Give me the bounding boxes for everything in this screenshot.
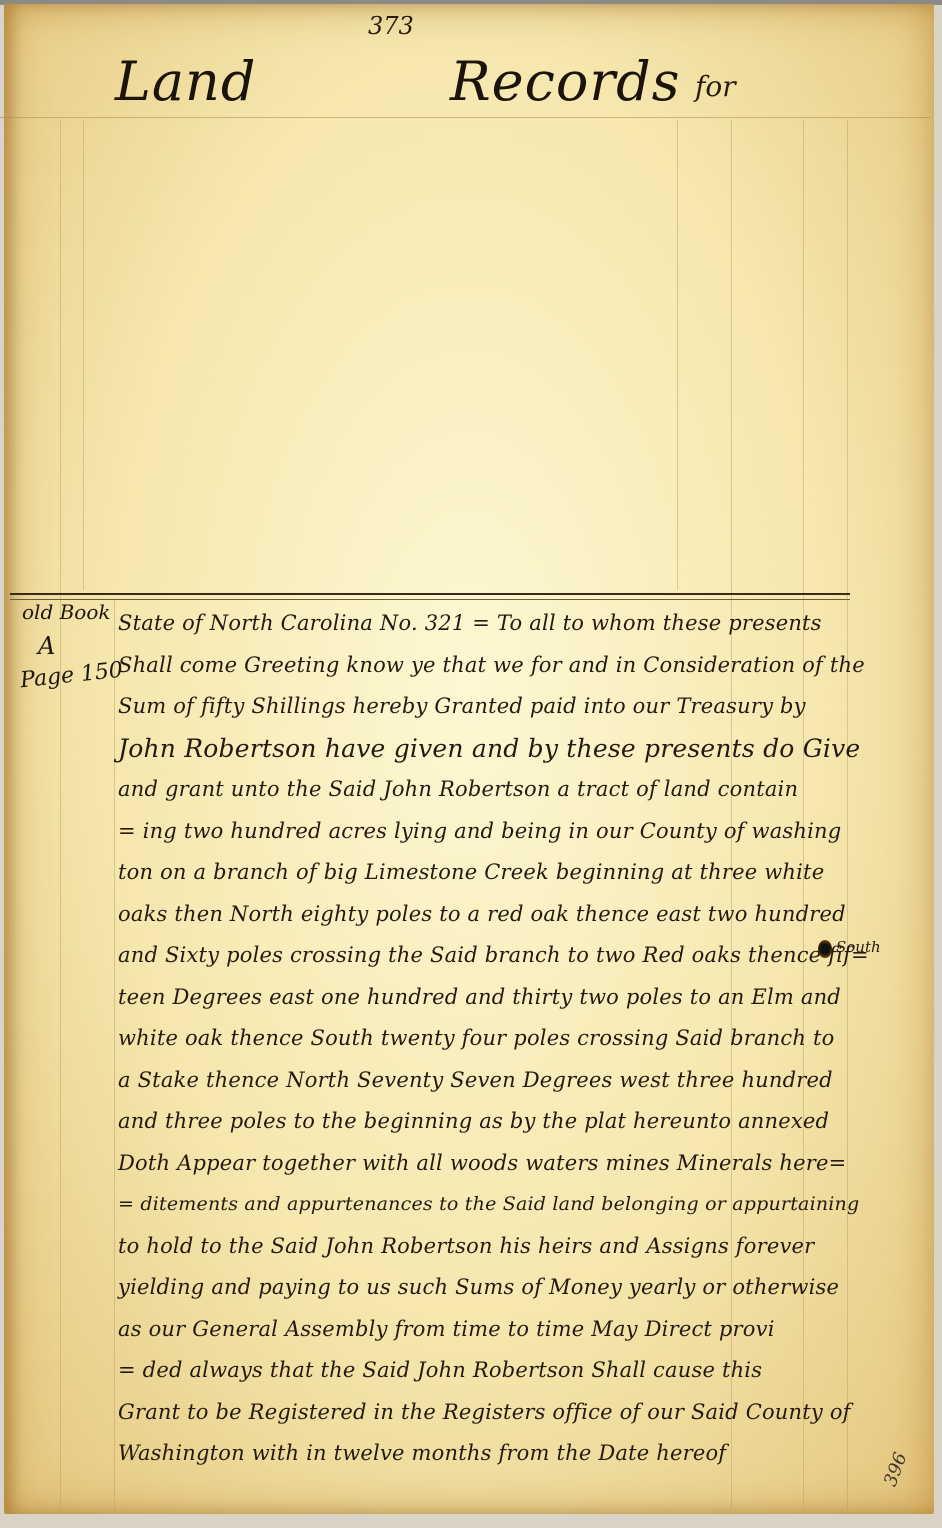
deed-line: Sum of fifty Shillings hereby Granted pa… [118,686,918,728]
deed-line: white oak thence South twenty four poles… [118,1018,918,1060]
deed-line: John Robertson have given and by these p… [118,728,918,770]
margin-book-label: old Book [22,600,111,624]
deed-line: and Sixty poles crossing the Said branch… [118,935,918,977]
page-number-top: 373 [368,12,414,40]
title-for: for [695,70,736,103]
interlinear-insertion: South [836,938,881,956]
title-land: Land [115,50,256,113]
deed-line: oaks then North eighty poles to a red oa… [118,894,918,936]
deed-line: and grant unto the Said John Robertson a… [118,769,918,811]
ledger-rule [83,120,84,590]
title-records: Records [450,50,680,113]
ledger-rule [677,120,678,590]
deed-line: Washington with in twelve months from th… [118,1433,918,1475]
margin-volume-label: A [38,632,55,660]
section-divider-secondary [10,599,850,600]
deed-line: to hold to the Said John Robertson his h… [118,1226,918,1268]
deed-line: a Stake thence North Seventy Seven Degre… [118,1060,918,1102]
deed-line: Grant to be Registered in the Registers … [118,1392,918,1434]
ledger-rule [114,600,115,1510]
ledger-rule [60,120,61,1510]
deed-line: teen Degrees east one hundred and thirty… [118,977,918,1019]
deed-text: State of North Carolina No. 321 = To all… [118,603,918,1475]
deed-line: as our General Assembly from time to tim… [118,1309,918,1351]
deed-line: Doth Appear together with all woods wate… [118,1143,918,1185]
deed-line: Shall come Greeting know ye that we for … [118,645,918,687]
deed-line: = ded always that the Said John Robertso… [118,1350,918,1392]
deed-line: yielding and paying to us such Sums of M… [118,1267,918,1309]
deed-line: and three poles to the beginning as by t… [118,1101,918,1143]
deed-line: = ing two hundred acres lying and being … [118,811,918,853]
deed-line: = ditements and appurtenances to the Sai… [118,1184,918,1226]
section-divider [10,593,850,595]
deed-line: ton on a branch of big Limestone Creek b… [118,852,918,894]
ink-blot-burn-mark [818,940,832,958]
header-divider [0,117,930,118]
deed-line: State of North Carolina No. 321 = To all… [118,603,918,645]
